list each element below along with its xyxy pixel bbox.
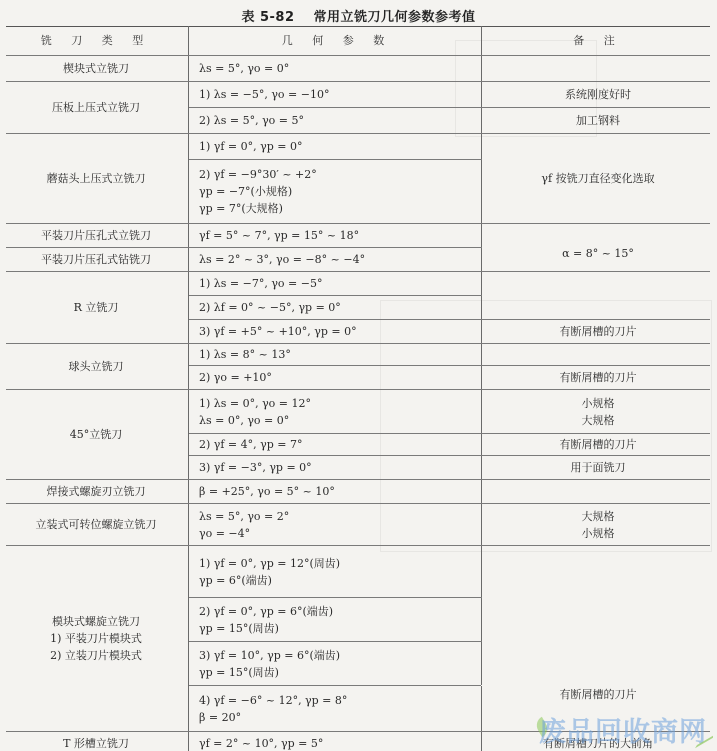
header-cutter-type: 铣 刀 类 型 bbox=[6, 27, 189, 56]
param-cell: γf = 5° ~ 7°, γp = 15° ~ 18° bbox=[189, 224, 482, 248]
param-cell: 2) γf = 4°, γp = 7° bbox=[189, 434, 482, 456]
cutter-type-cell: 平装刀片压孔式钻铣刀 bbox=[6, 248, 189, 272]
param-cell: 2) λf = 0° ~ −5°, γp = 0° bbox=[189, 296, 482, 320]
table-title: 表 5-82 常用立铣刀几何参数参考值 bbox=[0, 6, 717, 25]
table-row: 球头立铣刀 1) λs = 8° ~ 13° bbox=[6, 344, 710, 366]
param-cell: 4) γf = −6° ~ 12°, γp = 8° β = 20° bbox=[189, 686, 482, 732]
remark-cell: α = 8° ~ 15° bbox=[482, 224, 711, 272]
remark-cell bbox=[482, 272, 711, 320]
table-row: 压板上压式立铣刀 1) λs = −5°, γo = −10° 系统刚度好时 bbox=[6, 82, 710, 108]
cutter-type-cell: 蘑菇头上压式立铣刀 bbox=[6, 134, 189, 224]
param-cell: 2) λs = 5°, γo = 5° bbox=[189, 108, 482, 134]
param-cell: λs = 2° ~ 3°, γo = −8° ~ −4° bbox=[189, 248, 482, 272]
cutter-type-cell: 焊接式螺旋刃立铣刀 bbox=[6, 480, 189, 504]
table-row: 焊接式螺旋刃立铣刀 β = +25°, γo = 5° ~ 10° bbox=[6, 480, 710, 504]
remark-cell: 系统刚度好时 bbox=[482, 82, 711, 108]
remark-cell bbox=[482, 344, 711, 366]
watermark-text: 废品回收商网 bbox=[539, 710, 707, 749]
remark-cell bbox=[482, 56, 711, 82]
remark-cell bbox=[482, 480, 711, 504]
param-cell: 1) γf = 0°, γp = 12°(周齿) γp = 6°(端齿) bbox=[189, 546, 482, 598]
cutter-type-cell: 压板上压式立铣刀 bbox=[6, 82, 189, 134]
table-row: 平装刀片压孔式立铣刀 γf = 5° ~ 7°, γp = 15° ~ 18° … bbox=[6, 224, 710, 248]
end-mill-geometry-table: 铣 刀 类 型 几 何 参 数 备 注 楔块式立铣刀 λs = 5°, γo =… bbox=[6, 26, 710, 751]
table-caption: 常用立铣刀几何参数参考值 bbox=[314, 10, 476, 25]
cutter-type-cell: 模块式螺旋立铣刀 1) 平装刀片模块式 2) 立装刀片模块式 bbox=[6, 546, 189, 732]
remark-cell: 用于面铣刀 bbox=[482, 456, 711, 480]
param-cell: 2) γf = −9°30′ ~ +2° γp = −7°(小规格) γp = … bbox=[189, 160, 482, 224]
param-cell: 2) γo = +10° bbox=[189, 366, 482, 390]
table-row: 模块式螺旋立铣刀 1) 平装刀片模块式 2) 立装刀片模块式 1) γf = 0… bbox=[6, 546, 710, 598]
cutter-type-cell: 平装刀片压孔式立铣刀 bbox=[6, 224, 189, 248]
param-cell: 2) γf = 0°, γp = 6°(端齿) γp = 15°(周齿) bbox=[189, 598, 482, 642]
param-cell: γf = 2° ~ 10°, γp = 5° bbox=[189, 732, 482, 751]
header-remarks: 备 注 bbox=[482, 27, 711, 56]
remark-cell: 加工钢料 bbox=[482, 108, 711, 134]
table-row: 45°立铣刀 1) λs = 0°, γo = 12° λs = 0°, γo … bbox=[6, 390, 710, 434]
cutter-type-cell: 45°立铣刀 bbox=[6, 390, 189, 480]
remark-cell: 有断屑槽的刀片 bbox=[482, 434, 711, 456]
table-row: 立装式可转位螺旋立铣刀 λs = 5°, γo = 2° γo = −4° 大规… bbox=[6, 504, 710, 546]
param-cell: 3) γf = 10°, γp = 6°(端齿) γp = 15°(周齿) bbox=[189, 642, 482, 686]
param-cell: λs = 5°, γo = 2° γo = −4° bbox=[189, 504, 482, 546]
cutter-type-cell: T 形槽立铣刀 bbox=[6, 732, 189, 751]
header-geometry-params: 几 何 参 数 bbox=[189, 27, 482, 56]
param-cell: β = +25°, γo = 5° ~ 10° bbox=[189, 480, 482, 504]
remark-cell bbox=[482, 546, 711, 686]
table-row: 楔块式立铣刀 λs = 5°, γo = 0° bbox=[6, 56, 710, 82]
param-cell: 1) λs = 8° ~ 13° bbox=[189, 344, 482, 366]
remark-cell: 大规格 小规格 bbox=[482, 504, 711, 546]
param-cell: 1) λs = 0°, γo = 12° λs = 0°, γo = 0° bbox=[189, 390, 482, 434]
table-row: 蘑菇头上压式立铣刀 1) γf = 0°, γp = 0° γf 按铣刀直径变化… bbox=[6, 134, 710, 160]
table-number: 表 5-82 bbox=[241, 10, 294, 25]
table-row: R 立铣刀 1) λs = −7°, γo = −5° bbox=[6, 272, 710, 296]
remark-cell: γf 按铣刀直径变化选取 bbox=[482, 134, 711, 224]
param-cell: λs = 5°, γo = 0° bbox=[189, 56, 482, 82]
remark-cell: 有断屑槽的刀片 bbox=[482, 320, 711, 344]
table-header-row: 铣 刀 类 型 几 何 参 数 备 注 bbox=[6, 27, 710, 56]
param-cell: 1) λs = −5°, γo = −10° bbox=[189, 82, 482, 108]
remark-cell: 有断屑槽的刀片 bbox=[482, 366, 711, 390]
cutter-type-cell: 立装式可转位螺旋立铣刀 bbox=[6, 504, 189, 546]
remark-cell: 小规格 大规格 bbox=[482, 390, 711, 434]
param-cell: 1) λs = −7°, γo = −5° bbox=[189, 272, 482, 296]
param-cell: 3) γf = +5° ~ +10°, γp = 0° bbox=[189, 320, 482, 344]
cutter-type-cell: 球头立铣刀 bbox=[6, 344, 189, 390]
cutter-type-cell: R 立铣刀 bbox=[6, 272, 189, 344]
param-cell: 1) γf = 0°, γp = 0° bbox=[189, 134, 482, 160]
param-cell: 3) γf = −3°, γp = 0° bbox=[189, 456, 482, 480]
cutter-type-cell: 楔块式立铣刀 bbox=[6, 56, 189, 82]
